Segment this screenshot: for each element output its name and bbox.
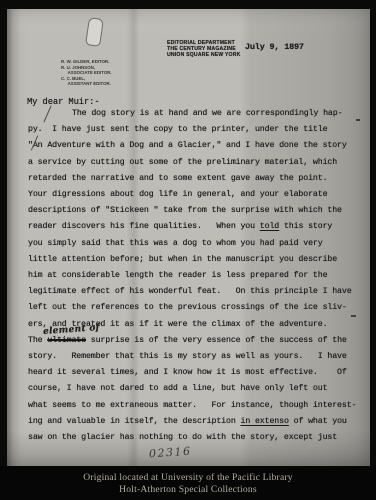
- letter-line: saw on the glacier has nothing to do wit…: [28, 430, 364, 446]
- letter-text-segment: ultimateelement of: [47, 336, 86, 345]
- letter-text-segment: "An Adventure with a Dog and a Glacier,"…: [28, 141, 347, 150]
- archive-credit-bar: Original located at University of the Pa…: [0, 466, 376, 500]
- letter-text-segment: story. Remember that this is my story as…: [28, 352, 347, 361]
- letter-line: descriptions of "Stickeen " take from th…: [28, 203, 364, 219]
- letter-body: The dog story is at hand and we are corr…: [28, 106, 364, 446]
- archive-credit-line: Holt-Atherton Special Collections: [119, 484, 257, 495]
- letter-line: Your digressions about dog life in gener…: [28, 187, 364, 203]
- stray-ink-mark: [356, 119, 360, 121]
- letter-text-segment: left out the references to the previous …: [28, 303, 347, 312]
- letter-line: a service by cutting out some of the pre…: [28, 155, 364, 171]
- letter-line: py. I have just sent the copy to the pri…: [28, 122, 364, 138]
- letter-line: left out the references to the previous …: [28, 300, 364, 316]
- letter-text-segment: descriptions of "Stickeen " take from th…: [28, 206, 342, 215]
- letter-text-segment: saw on the glacier has nothing to do wit…: [28, 433, 337, 442]
- letter-text-segment: in extenso: [240, 417, 288, 426]
- letter-text-segment: legitimate effect of his wonderful feat.…: [28, 287, 352, 296]
- letter-line: heard it several times, and I know how i…: [28, 365, 364, 381]
- letter-line: story. Remember that this is my story as…: [28, 349, 364, 365]
- letter-line: The dog story is at hand and we are corr…: [28, 106, 364, 122]
- letter-text-segment: course, I have not dared to add a line, …: [28, 384, 327, 393]
- letterhead: EDITORIAL DEPARTMENTTHE CENTURY MAGAZINE…: [167, 40, 247, 58]
- editors-block: R. W. GILDER, EDITOR.R. U. JOHNSON,ASSOC…: [61, 59, 114, 87]
- editor-credit-line: ASSISTANT EDITOR.: [61, 81, 112, 87]
- letter-text-segment: The dog story is at hand and we are corr…: [72, 109, 342, 118]
- letter-text-segment: this story: [279, 222, 332, 231]
- scanned-letter-page: EDITORIAL DEPARTMENTTHE CENTURY MAGAZINE…: [0, 0, 376, 500]
- letter-text-segment: him at considerable length the reader is…: [28, 271, 327, 280]
- letter-text-segment: heard it several times, and I know how i…: [28, 368, 347, 377]
- letter-text-segment: surprise is of the very essence of the s…: [86, 336, 347, 345]
- paper-fastener-mark: [85, 17, 104, 47]
- letter-line: retarded the narrative and to some exten…: [28, 171, 364, 187]
- letter-text-segment: little attention before; but when in the…: [28, 255, 337, 264]
- letter-text-segment: retarded the narrative and to some exten…: [28, 174, 327, 183]
- archive-credit-line: Original located at University of the Pa…: [83, 472, 293, 483]
- letterhead-line: UNION SQUARE NEW YORK: [167, 52, 241, 58]
- letter-line: The ultimateelement of surprise is of th…: [28, 333, 364, 349]
- letter-text-segment: of what you: [289, 417, 347, 426]
- letter-text-segment: what seems to me extraneous matter. For …: [28, 401, 356, 410]
- letter-line: "An Adventure with a Dog and a Glacier,"…: [28, 138, 364, 154]
- handwritten-page-number: 02316: [149, 445, 192, 461]
- letter-line: him at considerable length the reader is…: [28, 268, 364, 284]
- letter-line: what seems to me extraneous matter. For …: [28, 398, 364, 414]
- letter-date: July 9, 1897: [245, 42, 304, 52]
- letter-text-segment: py. I have just sent the copy to the pri…: [28, 125, 327, 134]
- stray-ink-mark: [351, 315, 356, 317]
- letter-paper: EDITORIAL DEPARTMENTTHE CENTURY MAGAZINE…: [7, 9, 370, 466]
- letter-text-segment: you simply said that this was a dog to w…: [28, 239, 323, 248]
- letter-text-segment: reader discovers his fine qualities. Whe…: [28, 222, 260, 231]
- letter-line: legitimate effect of his wonderful feat.…: [28, 284, 364, 300]
- letter-line: you simply said that this was a dog to w…: [28, 236, 364, 252]
- letter-text-segment: ing and valuable in itself, the descript…: [28, 417, 240, 426]
- letter-text-segment: a service by cutting out some of the pre…: [28, 158, 337, 167]
- letter-line: course, I have not dared to add a line, …: [28, 381, 364, 397]
- letter-text-segment: Your digressions about dog life in gener…: [28, 190, 327, 199]
- letter-text-segment: told: [260, 222, 279, 231]
- letter-line: ing and valuable in itself, the descript…: [28, 414, 364, 430]
- letter-line: little attention before; but when in the…: [28, 252, 364, 268]
- letter-line: reader discovers his fine qualities. Whe…: [28, 219, 364, 235]
- handwritten-insertion: element of: [43, 320, 101, 340]
